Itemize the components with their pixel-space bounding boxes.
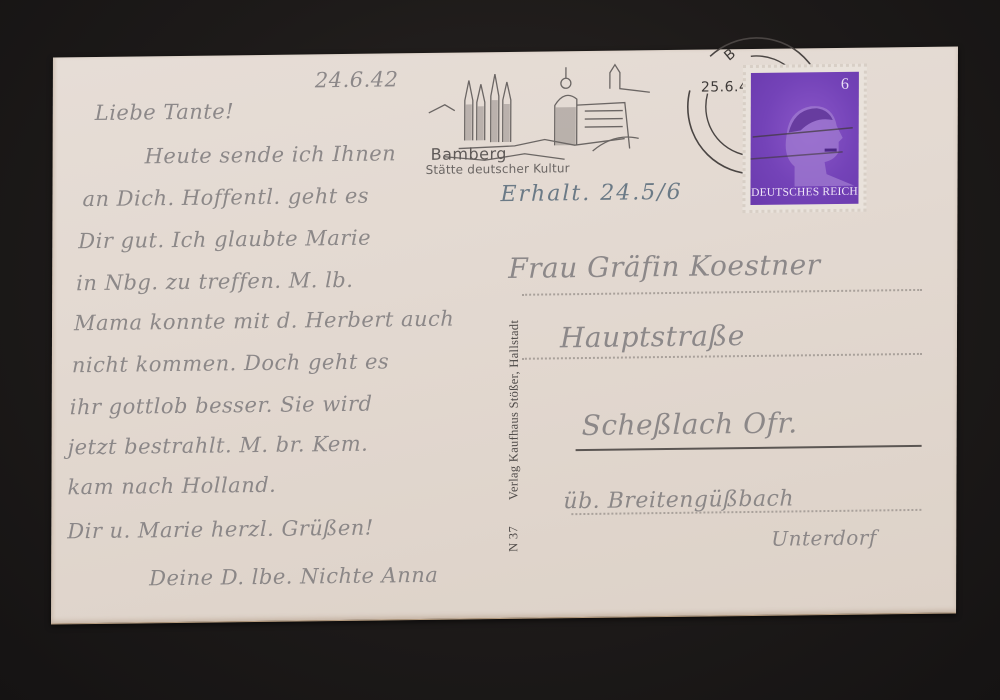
address-town: Scheßlach Ofr. xyxy=(582,406,798,442)
message-line: Heute sende ich Ihnen xyxy=(145,141,397,168)
postcard: Bamberg Stätte deutscher Kultur B 25.6.4… xyxy=(51,46,958,624)
stamp-country: DEUTSCHES REICH xyxy=(750,186,858,199)
receipt-annotation: Erhalt. 24.5/6 xyxy=(500,180,682,207)
message-line: Dir u. Marie herzl. Grüßen! xyxy=(67,516,374,544)
address-line-guide xyxy=(522,289,922,296)
cancel-city-name: Bamberg xyxy=(431,144,507,164)
address-district: Unterdorf xyxy=(771,525,877,550)
message-line: jetzt bestrahlt. M. br. Kem. xyxy=(68,432,369,460)
message-line: in Nbg. zu treffen. M. lb. xyxy=(76,268,353,295)
series-number: N 37 xyxy=(506,526,520,552)
message-line: ihr gottlob besser. Sie wird xyxy=(70,392,373,420)
svg-text:B: B xyxy=(721,46,739,64)
cancel-motto: Stätte deutscher Kultur xyxy=(426,161,570,177)
publisher-name: Verlag Kaufhaus Stößer, Hallstadt xyxy=(506,320,521,500)
message-line: Dir gut. Ich glaubte Marie xyxy=(78,226,371,254)
message-date: 24.6.42 xyxy=(315,67,399,92)
message-line: nicht kommen. Doch geht es xyxy=(72,349,389,377)
message-line: Mama konnte mit d. Herbert auch xyxy=(74,307,454,336)
message-line: an Dich. Hoffentl. geht es xyxy=(82,184,369,211)
address-underline xyxy=(576,445,922,451)
message-signature: Deine D. lbe. Nichte Anna xyxy=(149,563,438,591)
message-line: Liebe Tante! xyxy=(95,99,234,125)
publisher-imprint: N 37Verlag Kaufhaus Stößer, Hallstadt xyxy=(506,320,522,552)
cancel-bars xyxy=(693,108,863,180)
stamp-value: 6 xyxy=(841,76,849,94)
address-recipient: Frau Gräfin Koestner xyxy=(508,248,820,285)
address-street: Hauptstraße xyxy=(560,319,745,354)
address-via: üb. Breitengüßbach xyxy=(563,486,794,514)
message-line: kam nach Holland. xyxy=(67,473,276,500)
